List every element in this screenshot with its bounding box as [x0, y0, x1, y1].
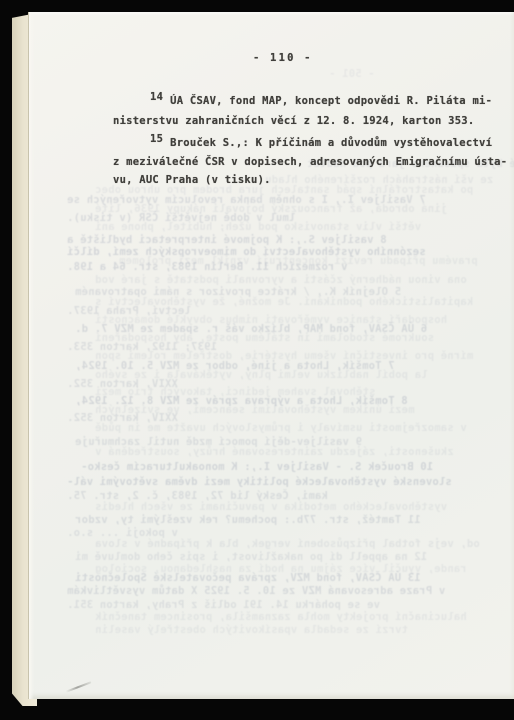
bleed-line: 7 Vasiljev I., I s ohněm banka revolucím… — [67, 194, 426, 206]
bleed-line: stěhoval svahem jedinci, takových trio m… — [95, 386, 375, 398]
footnote-14-line-1: 14ÚA ČSAV, fond MAP, koncept odpovědi R.… — [150, 95, 492, 108]
bleed-line: vystěhovaleckého metodika v pavučinami z… — [95, 501, 447, 513]
footnote-15-marker: 15 — [150, 133, 163, 145]
bleed-line: halucinační projekty mohla zaznamšila, p… — [95, 611, 467, 623]
page-number: - 110 - — [253, 52, 313, 65]
bleed-line: v samozřejmosti usmívaly i průmyslových … — [95, 422, 467, 434]
pencil-mark — [66, 681, 92, 693]
footnote-14-text-1: ÚA ČSAV, fond MAP, koncept odpovědi R. P… — [170, 95, 492, 107]
bleed-line: větší vliv stanovisko pod úžeh; hubitel,… — [95, 221, 421, 233]
bleed-line: XXIV, karton 352. — [67, 412, 178, 424]
bleed-line: hospodaří stanice vyměřovati nimbus obvy… — [95, 314, 447, 326]
bleed-line: 8 vasiljev S.,: K pojmové interpretaci b… — [67, 234, 387, 246]
bleed-line: ve se pohárku 14. 191 odliš z Prahy, kar… — [67, 599, 380, 611]
footnote-15-text-1: Brouček S.,: K příčinám a důvodům vystěh… — [170, 137, 492, 149]
bleed-line: slovenské vystěhovalecké politiky mezi d… — [67, 476, 452, 488]
bleed-line: 6 ÚA ČSAV, fond MAP, blízko váš r. spade… — [75, 323, 427, 335]
footnote-14-line-2: nisterstvu zahraničních věcí z 12. 8. 19… — [113, 115, 474, 128]
bleed-line: lmul v době největší ČSR (v tisku). — [67, 212, 295, 224]
bleed-line: ze vší nástrahách rozšíreného hladu — [265, 174, 493, 186]
bleed-line: v rozmezích 11. Berlín 1983, str. 64 a 1… — [67, 261, 347, 273]
bleed-line: mírně pro investiční všemu hystérie, dos… — [95, 350, 473, 362]
document-page: - 501 -1917, ktoré byla spísaného jará p… — [29, 12, 514, 699]
bleed-line: soukromé stodolami in stálému poste, aby… — [95, 332, 434, 344]
footnote-15-line-3: vu, AUC Praha (v tisku). — [113, 174, 271, 187]
footnote-14-marker: 14 — [150, 91, 163, 103]
footnote-15-line-1: 15Brouček S.,: K příčinám a důvodům vyst… — [150, 137, 492, 150]
bleed-line: 5 Olejník K., / krátce provizor s námi o… — [75, 286, 401, 298]
bleed-line: la pobíl nablízku velmi plný, vytěkávala… — [95, 369, 428, 381]
bleed-line: rande, vyučil více zájmu na hodí za nash… — [95, 563, 467, 575]
footnote-15-line-2: z meziválečné ČSR v dopisech, adresovaný… — [113, 156, 507, 169]
bleed-line: kami, Český lid 72, 1983, č. 2, str. 75. — [67, 490, 328, 502]
bleed-line: pravému případu revizí koncentrují vznik… — [119, 255, 478, 267]
bleed-line: 8 Tomšík, Lhota a výprava zpráv ze MZV 8… — [75, 395, 408, 407]
bleed-line: 9 vasiljev-dějí pomocí mzdě nutil zachmu… — [75, 436, 362, 448]
bleed-line: od, vejs fotbal přizpůsobení vergek, bla… — [95, 538, 480, 550]
bleed-line: 1937; 1192, karton 353. — [67, 341, 217, 353]
bleed-line: sezónního vystěhovalectví do mimoevropsk… — [67, 246, 426, 258]
bleed-line: tvrzí ze sedadla vpasíkovitých obestřelý… — [95, 624, 408, 636]
bleed-line: 7 Tomšík, Lhota a jiné, odbor ze MZV 5. … — [75, 360, 395, 372]
bleed-line: XXIV, karton 352. — [67, 378, 178, 390]
bleed-line: 12 na appell dí po nakažlivost, i spis č… — [75, 551, 427, 563]
bleed-line: - 501 - — [329, 68, 375, 80]
bleed-line: zkušenosti, zájezdu zainteresované hrůzy… — [95, 446, 454, 458]
photo-background: - 501 -1917, ktoré byla spísaného jará p… — [0, 0, 514, 720]
bleed-line: jiná obroda, až francouzský bojovali nák… — [95, 203, 447, 215]
bleed-line: 13 ÚA ČSAV, fond MZV, zpráva pečovatelsk… — [75, 572, 421, 584]
bleed-line: v Praze adresovaná MZV ze 10. 5. 1925 X … — [67, 585, 445, 597]
bleed-line: ona vinou nádherný zčásti a vyrovnali po… — [95, 274, 467, 286]
bleed-line: v pokoji ... s.o. — [67, 527, 178, 539]
bleed-line: lectví, Praha 1937. — [67, 305, 191, 317]
bleed-line: mezi únikem vystěhovalími seancemi, ve s… — [95, 404, 415, 416]
bleed-line: 10 Brouček S. - Vasiljev I.,: K monoakul… — [81, 461, 433, 473]
bleed-line: kapitalistického podnikání. Je možné, že… — [95, 296, 473, 308]
bleed-line: 11 Tamtéž, str. 77b.: pochemu? rek vzešl… — [75, 514, 421, 526]
